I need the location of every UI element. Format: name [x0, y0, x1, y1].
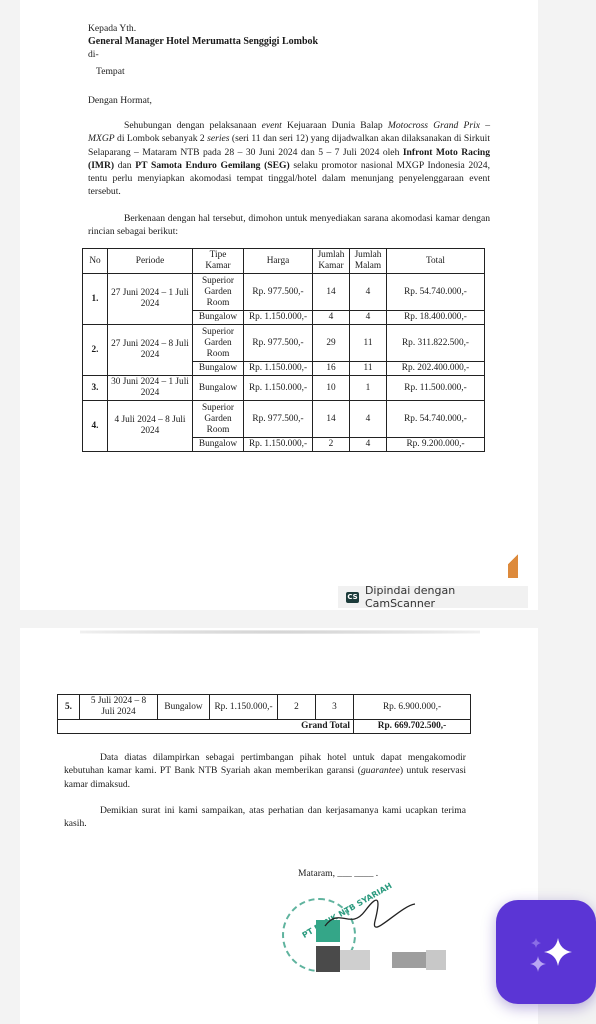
cell-total: Rp. 54.740.000,-: [387, 401, 485, 438]
cell-tipe: Bungalow: [193, 311, 244, 325]
greeting: Dengan Hormat,: [88, 95, 152, 106]
cell-no: 1.: [83, 274, 108, 325]
camscanner-icon: CS: [346, 592, 359, 603]
signature: [320, 896, 420, 936]
cell-kamar: 4: [313, 311, 350, 325]
cell-malam: 4: [350, 274, 387, 311]
cell-tipe: Bungalow: [158, 695, 210, 720]
grand-total-row: Grand Total Rp. 669.702.500,-: [58, 720, 471, 734]
cell-harga: Rp. 1.150.000,-: [244, 376, 313, 401]
page-shadow: [80, 630, 480, 634]
cell-harga: Rp. 1.150.000,-: [210, 695, 278, 720]
cell-malam: 3: [316, 695, 354, 720]
cell-harga: Rp. 977.500,-: [244, 325, 313, 362]
redacted-block: [426, 950, 446, 970]
table-row: 1.27 Juni 2024 – 1 Juli 2024Superior Gar…: [83, 274, 485, 311]
cell-malam: 11: [350, 325, 387, 362]
header-total: Total: [387, 249, 485, 274]
page-fold-corner: [508, 548, 518, 578]
cell-kamar: 10: [313, 376, 350, 401]
cell-periode: 4 Juli 2024 – 8 Juli 2024: [108, 401, 193, 452]
cell-no: 2.: [83, 325, 108, 376]
recipient-name: General Manager Hotel Merumatta Senggigi…: [88, 35, 318, 48]
header-tipe: Tipe Kamar: [193, 249, 244, 274]
cell-total: Rp. 11.500.000,-: [387, 376, 485, 401]
grand-total-label: Grand Total: [58, 720, 354, 734]
paragraph-intro: Sehubungan dengan pelaksanaan event Keju…: [88, 119, 490, 199]
recipient-block: Kepada Yth. General Manager Hotel Meruma…: [88, 22, 318, 78]
redacted-block: [316, 946, 340, 972]
recipient-di: di-: [88, 48, 318, 61]
table-row: 4.4 Juli 2024 – 8 Juli 2024Superior Gard…: [83, 401, 485, 438]
paragraph-request-text: Berkenaan dengan hal tersebut, dimohon u…: [88, 213, 490, 237]
sparkles-icon: [496, 900, 596, 1004]
cell-no: 5.: [58, 695, 80, 720]
cell-tipe: Superior Garden Room: [193, 274, 244, 311]
cell-harga: Rp. 1.150.000,-: [244, 438, 313, 452]
recipient-place: Tempat: [88, 65, 318, 78]
cell-harga: Rp. 977.500,-: [244, 274, 313, 311]
cell-total: Rp. 311.822.500,-: [387, 325, 485, 362]
table-row: 5.5 Juli 2024 – 8 Juli 2024BungalowRp. 1…: [58, 695, 471, 720]
cell-harga: Rp. 977.500,-: [244, 401, 313, 438]
cell-kamar: 2: [313, 438, 350, 452]
redacted-block: [392, 952, 426, 968]
cell-tipe: Bungalow: [193, 376, 244, 401]
redacted-block: [340, 950, 370, 970]
cell-malam: 4: [350, 401, 387, 438]
cell-tipe: Bungalow: [193, 362, 244, 376]
table-header-row: No Periode Tipe Kamar Harga Jumlah Kamar…: [83, 249, 485, 274]
cell-kamar: 2: [278, 695, 316, 720]
paragraph-request: Berkenaan dengan hal tersebut, dimohon u…: [88, 212, 490, 239]
cell-periode: 30 Juni 2024 – 1 Juli 2024: [108, 376, 193, 401]
camscanner-label: Dipindai dengan CamScanner: [365, 584, 528, 610]
table-row: 2.27 Juni 2024 – 8 Juli 2024Superior Gar…: [83, 325, 485, 362]
table-row: 3.30 Juni 2024 – 1 Juli 2024BungalowRp. …: [83, 376, 485, 401]
paragraph-guarantee: Data diatas dilampirkan sebagai pertimba…: [64, 751, 466, 791]
cell-tipe: Superior Garden Room: [193, 325, 244, 362]
cell-total: Rp. 9.200.000,-: [387, 438, 485, 452]
cell-kamar: 16: [313, 362, 350, 376]
cell-tipe: Bungalow: [193, 438, 244, 452]
cell-malam: 11: [350, 362, 387, 376]
header-periode: Periode: [108, 249, 193, 274]
scanned-page-2: 5.5 Juli 2024 – 8 Juli 2024BungalowRp. 1…: [20, 628, 538, 1024]
scanned-page-1: Kepada Yth. General Manager Hotel Meruma…: [20, 0, 538, 610]
cell-harga: Rp. 1.150.000,-: [244, 362, 313, 376]
place-date: Mataram, ___ ____ .: [298, 868, 378, 879]
cell-tipe: Superior Garden Room: [193, 401, 244, 438]
cell-periode: 27 Juni 2024 – 8 Juli 2024: [108, 325, 193, 376]
cell-periode: 5 Juli 2024 – 8 Juli 2024: [80, 695, 158, 720]
cell-kamar: 14: [313, 401, 350, 438]
cell-malam: 4: [350, 438, 387, 452]
ai-assistant-button[interactable]: [496, 900, 596, 1004]
header-harga: Harga: [244, 249, 313, 274]
cell-periode: 27 Juni 2024 – 1 Juli 2024: [108, 274, 193, 325]
cell-malam: 1: [350, 376, 387, 401]
cell-malam: 4: [350, 311, 387, 325]
room-table: No Periode Tipe Kamar Harga Jumlah Kamar…: [82, 248, 485, 452]
cell-harga: Rp. 1.150.000,-: [244, 311, 313, 325]
cell-total: Rp. 18.400.000,-: [387, 311, 485, 325]
header-no: No: [83, 249, 108, 274]
cell-no: 4.: [83, 401, 108, 452]
cell-total: Rp. 202.400.000,-: [387, 362, 485, 376]
cell-total: Rp. 54.740.000,-: [387, 274, 485, 311]
camscanner-badge: CS Dipindai dengan CamScanner: [338, 586, 528, 608]
header-kamar: Jumlah Kamar: [313, 249, 350, 274]
header-malam: Jumlah Malam: [350, 249, 387, 274]
paragraph-closing: Demikian surat ini kami sampaikan, atas …: [64, 804, 466, 831]
cell-kamar: 29: [313, 325, 350, 362]
recipient-salutation: Kepada Yth.: [88, 22, 318, 35]
paragraph-closing-text: Demikian surat ini kami sampaikan, atas …: [64, 805, 466, 829]
cell-total: Rp. 6.900.000,-: [354, 695, 471, 720]
room-table-continued: 5.5 Juli 2024 – 8 Juli 2024BungalowRp. 1…: [57, 694, 471, 734]
cell-no: 3.: [83, 376, 108, 401]
grand-total-value: Rp. 669.702.500,-: [354, 720, 471, 734]
cell-kamar: 14: [313, 274, 350, 311]
